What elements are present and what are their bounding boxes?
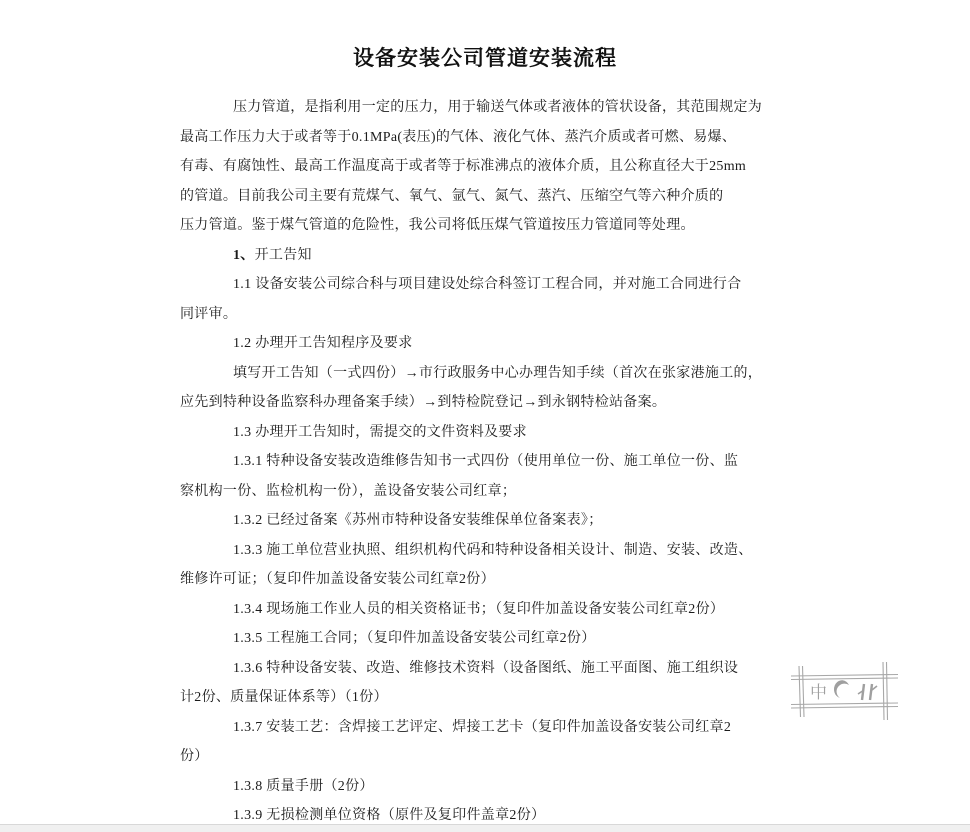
doc-line: 同评审。 bbox=[180, 300, 760, 330]
doc-line: 1.3.6 特种设备安装、改造、维修技术资料（设备图纸、施工平面图、施工组织设 bbox=[180, 654, 760, 684]
doc-line: 1.3.3 施工单位营业执照、组织机构代码和特种设备相关设计、制造、安装、改造、 bbox=[180, 536, 760, 566]
doc-line: 1.2 办理开工告知程序及要求 bbox=[180, 329, 760, 359]
doc-line: 有毒、有腐蚀性、最高工作温度高于或者等于标准沸点的液体介质，且公称直径大于25m… bbox=[180, 152, 760, 182]
watermark-stamp: 中 bbox=[788, 660, 908, 724]
doc-line: 1.3.1 特种设备安装改造维修告知书一式四份（使用单位一份、施工单位一份、监 bbox=[180, 447, 760, 477]
doc-line: 1.3.8 质量手册（2份） bbox=[180, 772, 760, 802]
document-page: 设备安装公司管道安装流程 压力管道，是指利用一定的压力，用于输送气体或者液体的管… bbox=[0, 0, 970, 832]
doc-line: 1.1 设备安装公司综合科与项目建设处综合科签订工程合同，并对施工合同进行合 bbox=[180, 270, 760, 300]
doc-line: 1.3.7 安装工艺：含焊接工艺评定、焊接工艺卡（复印件加盖设备安装公司红章2 bbox=[180, 713, 760, 743]
page-bottom-edge bbox=[0, 824, 970, 832]
doc-line: 压力管道。鉴于煤气管道的危险性，我公司将低压煤气管道按压力管道同等处理。 bbox=[180, 211, 760, 241]
doc-line: 最高工作压力大于或者等于0.1MPa(表压)的气体、液化气体、蒸汽介质或者可燃、… bbox=[180, 123, 760, 153]
document-body: 压力管道，是指利用一定的压力，用于输送气体或者液体的管状设备，其范围规定为 最高… bbox=[180, 93, 760, 831]
doc-line: 应先到特种设备监察科办理备案手续）→到特检院登记→到永钢特检站备案。 bbox=[180, 388, 760, 418]
doc-line: 计2份、质量保证体系等）（1份） bbox=[180, 683, 760, 713]
doc-line: 1.3.4 现场施工作业人员的相关资格证书；（复印件加盖设备安装公司红章2份） bbox=[180, 595, 760, 625]
doc-line: 1.3.2 已经过备案《苏州市特种设备安装维保单位备案表》； bbox=[180, 506, 760, 536]
crescent-moon-icon bbox=[834, 680, 849, 698]
doc-line: 份） bbox=[180, 742, 760, 772]
doc-line: 1.3 办理开工告知时，需提交的文件资料及要求 bbox=[180, 418, 760, 448]
doc-line: 1.3.5 工程施工合同；（复印件加盖设备安装公司红章2份） bbox=[180, 624, 760, 654]
doc-line: 填写开工告知（一式四份）→市行政服务中心办理告知手续（首次在张家港施工的， bbox=[180, 359, 760, 389]
doc-line: 维修许可证；（复印件加盖设备安装公司红章2份） bbox=[180, 565, 760, 595]
stamp-char-zhong: 中 bbox=[810, 683, 827, 702]
doc-line: 压力管道，是指利用一定的压力，用于输送气体或者液体的管状设备，其范围规定为 bbox=[180, 93, 760, 123]
doc-line: 的管道。目前我公司主要有荒煤气、氧气、氩气、氮气、蒸汽、压缩空气等六种介质的 bbox=[180, 182, 760, 212]
doc-line: 察机构一份、监检机构一份），盖设备安装公司红章； bbox=[180, 477, 760, 507]
document-title: 设备安装公司管道安装流程 bbox=[0, 42, 970, 72]
stamp-mark-icon bbox=[858, 684, 877, 700]
stamp-frame-icon: 中 bbox=[788, 660, 908, 724]
doc-heading-1: 1、开工告知 bbox=[180, 241, 760, 271]
